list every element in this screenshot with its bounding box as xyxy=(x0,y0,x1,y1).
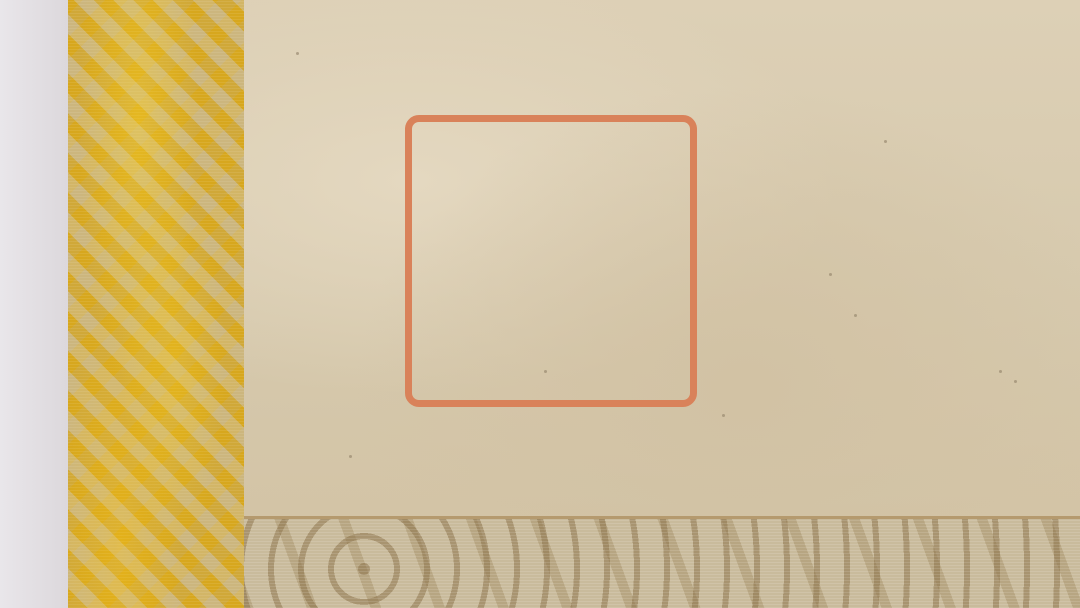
foxing-spot xyxy=(884,140,887,143)
foxing-spot xyxy=(829,273,832,276)
wall-background xyxy=(0,0,68,608)
seal-character xyxy=(551,261,680,390)
foxing-spot xyxy=(1014,380,1017,383)
foxing-spot xyxy=(854,314,857,317)
seal-character xyxy=(422,132,551,261)
foxing-spot xyxy=(722,414,725,417)
red-seal-stamp xyxy=(405,115,697,407)
foxing-spot xyxy=(296,52,299,55)
foxing-spot xyxy=(349,455,352,458)
gold-brocade-border xyxy=(68,0,244,608)
foxing-spot xyxy=(999,370,1002,373)
seal-character xyxy=(422,261,551,390)
bottom-brocade-border xyxy=(244,516,1080,608)
seal-character xyxy=(551,132,680,261)
